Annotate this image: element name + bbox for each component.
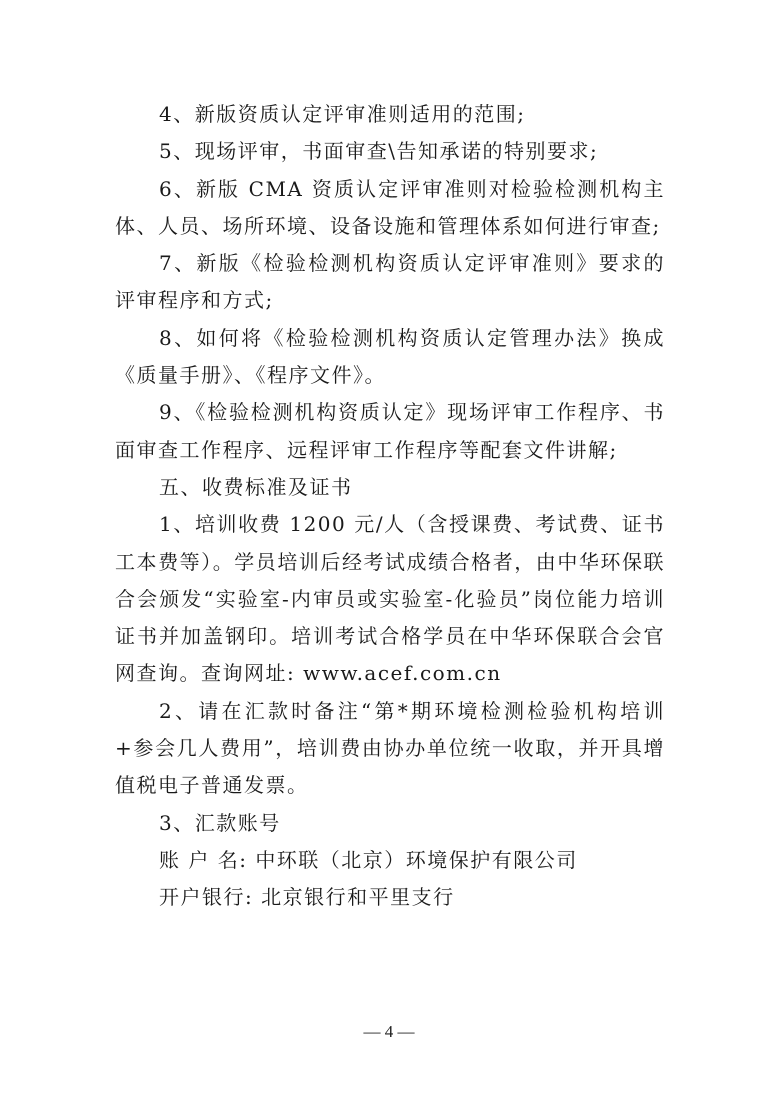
page-number: — 4 — [0, 1022, 778, 1042]
list-item-5: 5、现场评审，书面审查\告知承诺的特别要求; [115, 133, 665, 170]
bank-label: 开户银行: [159, 885, 253, 909]
fee-paragraph-1: 1、培训收费 1200 元/人（含授课费、考试费、证书工本费等）。学员培训后经考… [115, 506, 665, 692]
account-name-value: 中环联（北京）环境保护有限公司 [255, 848, 578, 872]
bank-line: 开户银行: 北京银行和平里支行 [115, 879, 665, 916]
list-item-8: 8、如何将《检验检测机构资质认定管理办法》换成《质量手册》、《程序文件》。 [115, 320, 665, 395]
list-item-9: 9、《检验检测机构资质认定》现场评审工作程序、书面审查工作程序、远程评审工作程序… [115, 394, 665, 469]
fee-paragraph-3: 3、汇款账号 [115, 805, 665, 842]
list-item-6: 6、新版 CMA 资质认定评审准则对检验检测机构主体、人员、场所环境、设备设施和… [115, 171, 665, 246]
section-heading-fees: 五、收费标准及证书 [115, 469, 665, 506]
list-item-4: 4、新版资质认定评审准则适用的范围; [115, 96, 665, 133]
bank-value: 北京银行和平里支行 [261, 885, 455, 909]
document-page: 4、新版资质认定评审准则适用的范围; 5、现场评审，书面审查\告知承诺的特别要求… [115, 96, 665, 917]
account-name-line: 账 户 名: 中环联（北京）环境保护有限公司 [115, 842, 665, 879]
fee-paragraph-2: 2、请在汇款时备注“第*期环境检测检验机构培训+参会几人费用”，培训费由协办单位… [115, 693, 665, 805]
account-name-label: 账 户 名: [159, 848, 247, 872]
list-item-7: 7、新版《检验检测机构资质认定评审准则》要求的评审程序和方式; [115, 245, 665, 320]
